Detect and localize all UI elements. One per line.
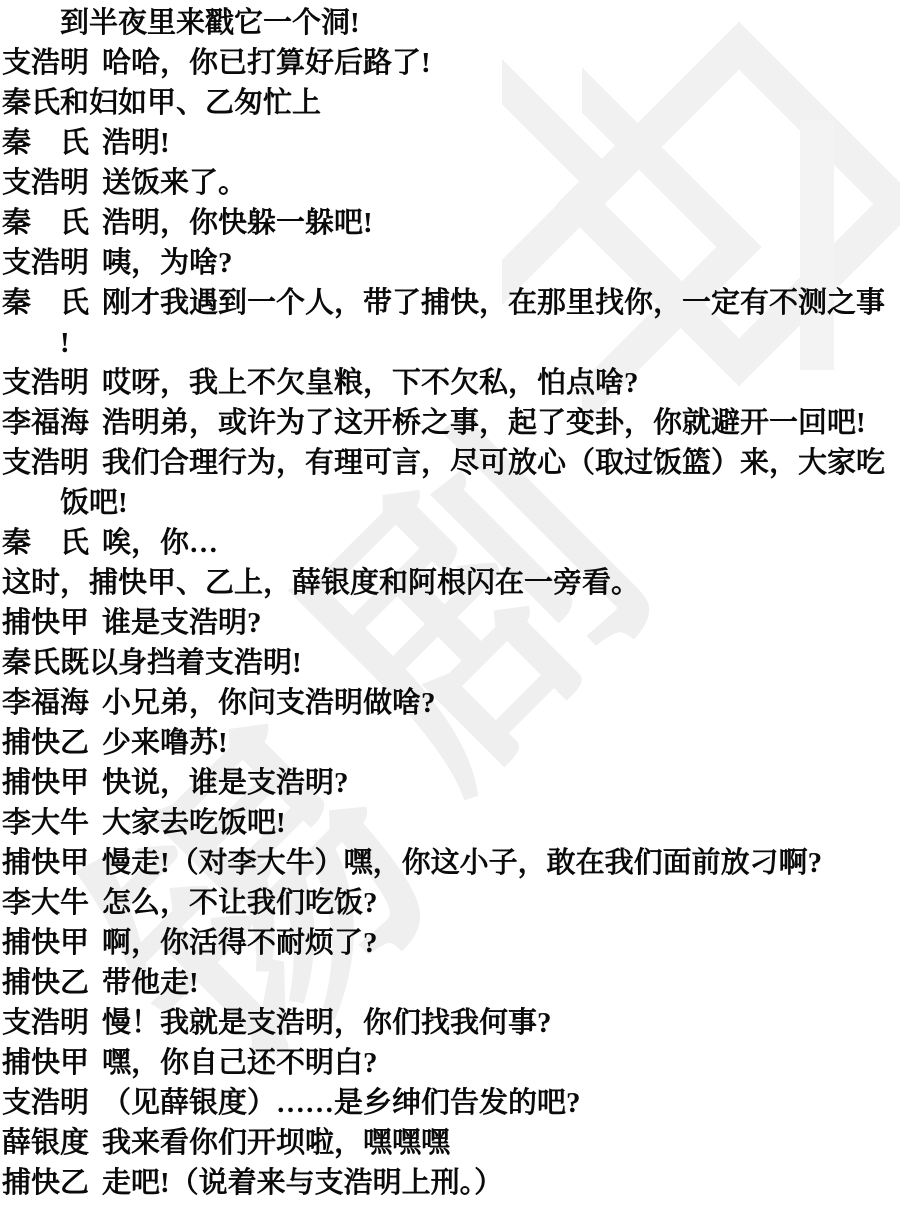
speaker-name: 薛银度 [2, 1123, 89, 1163]
dialogue-text: 少来噜苏! [102, 723, 228, 763]
dialogue-line: 捕快甲啊，你活得不耐烦了? [2, 923, 900, 963]
dialogue-line: 捕快甲慢走!（对李大牛）嘿，你这小子，敢在我们面前放刁啊? [2, 843, 900, 883]
dialogue-text: 快说，谁是支浩明? [102, 763, 349, 803]
dialogue-line: 李福海浩明弟，或许为了这开桥之事，起了变卦，你就避开一回吧! [2, 403, 900, 443]
dialogue-line: 秦 氏刚才我遇到一个人，带了捕快，在那里找你，一定有不测之事 [2, 283, 900, 323]
speaker-name: 李大牛 [2, 883, 89, 923]
speaker-name: 捕快甲 [2, 763, 89, 803]
dialogue-text: （见薛银度）……是乡绅们告发的吧? [102, 1083, 581, 1123]
speaker-name: 捕快甲 [2, 603, 89, 643]
dialogue-line: 捕快甲快说，谁是支浩明? [2, 763, 900, 803]
speaker-name: 捕快乙 [2, 963, 89, 1003]
dialogue-line: 李大牛大家去吃饭吧! [2, 803, 900, 843]
dialogue-text: 唉，你… [102, 523, 218, 563]
dialogue-text: 哎呀，我上不欠皇粮，下不欠私，怕点啥? [102, 363, 639, 403]
speaker-name: 捕快乙 [2, 1163, 89, 1203]
speaker-name: 李福海 [2, 683, 89, 723]
stage-direction: 秦氏和妇如甲、乙匆忙上 [2, 83, 900, 123]
dialogue-text: 怎么，不让我们吃饭? [102, 883, 378, 923]
dialogue-text: 咦，为啥? [102, 243, 233, 283]
stage-direction: 秦氏既以身挡着支浩明! [2, 643, 900, 683]
dialogue-text: 小兄弟，你问支浩明做啥? [102, 683, 436, 723]
dialogue-line: 薛银度我来看你们开坝啦，嘿嘿嘿 [2, 1123, 900, 1163]
dialogue-text: 啊，你活得不耐烦了? [102, 923, 378, 963]
dialogue-line: 支浩明哈哈，你已打算好后路了! [2, 43, 900, 83]
dialogue-text: 浩明弟，或许为了这开桥之事，起了变卦，你就避开一回吧! [102, 403, 866, 443]
stage-direction: 这时，捕快甲、乙上，薛银度和阿根闪在一旁看。 [2, 563, 900, 603]
dialogue-text: 嘿，你自己还不明白? [102, 1043, 378, 1083]
script-body: 到半夜里来戳它一个洞! 支浩明哈哈，你已打算好后路了! 秦氏和妇如甲、乙匆忙上 … [0, 0, 900, 1203]
dialogue-line: 秦 氏唉，你… [2, 523, 900, 563]
dialogue-line: 支浩明我们合理行为，有理可言，尽可放心（取过饭篮）来，大家吃 [2, 443, 900, 483]
dialogue-text: 走吧!（说着来与支浩明上刑。） [102, 1163, 503, 1203]
dialogue-text: 谁是支浩明? [102, 603, 262, 643]
dialogue-line: 支浩明哎呀，我上不欠皇粮，下不欠私，怕点啥? [2, 363, 900, 403]
dialogue-line: 支浩明咦，为啥? [2, 243, 900, 283]
dialogue-line: 支浩明送饭来了。 [2, 163, 900, 203]
continuation-line: 到半夜里来戳它一个洞! [2, 3, 900, 43]
dialogue-line: 支浩明（见薛银度）……是乡绅们告发的吧? [2, 1083, 900, 1123]
speaker-name: 支浩明 [2, 43, 89, 83]
dialogue-line: 捕快乙带他走! [2, 963, 900, 1003]
speaker-name: 支浩明 [2, 1083, 89, 1123]
speaker-name: 李福海 [2, 403, 89, 443]
dialogue-text: 慢走!（对李大牛）嘿，你这小子，敢在我们面前放刁啊? [102, 843, 822, 883]
dialogue-line: 支浩明慢！我就是支浩明，你们找我何事? [2, 1003, 900, 1043]
speaker-name: 捕快甲 [2, 843, 89, 883]
continuation-line: ! [2, 323, 900, 363]
dialogue-line: 秦 氏浩明! [2, 123, 900, 163]
speaker-name: 支浩明 [2, 163, 89, 203]
speaker-name: 支浩明 [2, 363, 89, 403]
speaker-name: 捕快甲 [2, 1043, 89, 1083]
speaker-name: 支浩明 [2, 243, 89, 283]
speaker-name: 秦 氏 [2, 523, 89, 563]
dialogue-text: 哈哈，你已打算好后路了! [102, 43, 431, 83]
continuation-line: 饭吧! [2, 483, 900, 523]
dialogue-text: 我们合理行为，有理可言，尽可放心（取过饭篮）来，大家吃 [102, 443, 885, 483]
speaker-name: 支浩明 [2, 1003, 89, 1043]
speaker-name: 捕快甲 [2, 923, 89, 963]
script-page: 剧 锡 到半夜里来戳它一个洞! 支浩明哈哈，你已打算好后路了! 秦氏和妇如甲、乙… [0, 0, 900, 1205]
dialogue-text: 慢！我就是支浩明，你们找我何事? [102, 1003, 552, 1043]
dialogue-text: 刚才我遇到一个人，带了捕快，在那里找你，一定有不测之事 [102, 283, 885, 323]
speaker-name: 支浩明 [2, 443, 89, 483]
speaker-name: 秦 氏 [2, 203, 89, 243]
dialogue-line: 捕快乙少来噜苏! [2, 723, 900, 763]
speaker-name: 捕快乙 [2, 723, 89, 763]
dialogue-text: 送饭来了。 [102, 163, 247, 203]
speaker-name: 秦 氏 [2, 283, 89, 323]
dialogue-line: 李福海小兄弟，你问支浩明做啥? [2, 683, 900, 723]
dialogue-line: 捕快乙走吧!（说着来与支浩明上刑。） [2, 1163, 900, 1203]
dialogue-text: 浩明，你快躲一躲吧! [102, 203, 373, 243]
dialogue-line: 捕快甲谁是支浩明? [2, 603, 900, 643]
dialogue-text: 我来看你们开坝啦，嘿嘿嘿 [102, 1123, 450, 1163]
dialogue-line: 秦 氏浩明，你快躲一躲吧! [2, 203, 900, 243]
speaker-name: 李大牛 [2, 803, 89, 843]
speaker-name: 秦 氏 [2, 123, 89, 163]
dialogue-text: 带他走! [102, 963, 199, 1003]
dialogue-text: 浩明! [102, 123, 170, 163]
dialogue-line: 捕快甲嘿，你自己还不明白? [2, 1043, 900, 1083]
dialogue-text: 大家去吃饭吧! [102, 803, 286, 843]
dialogue-line: 李大牛怎么，不让我们吃饭? [2, 883, 900, 923]
